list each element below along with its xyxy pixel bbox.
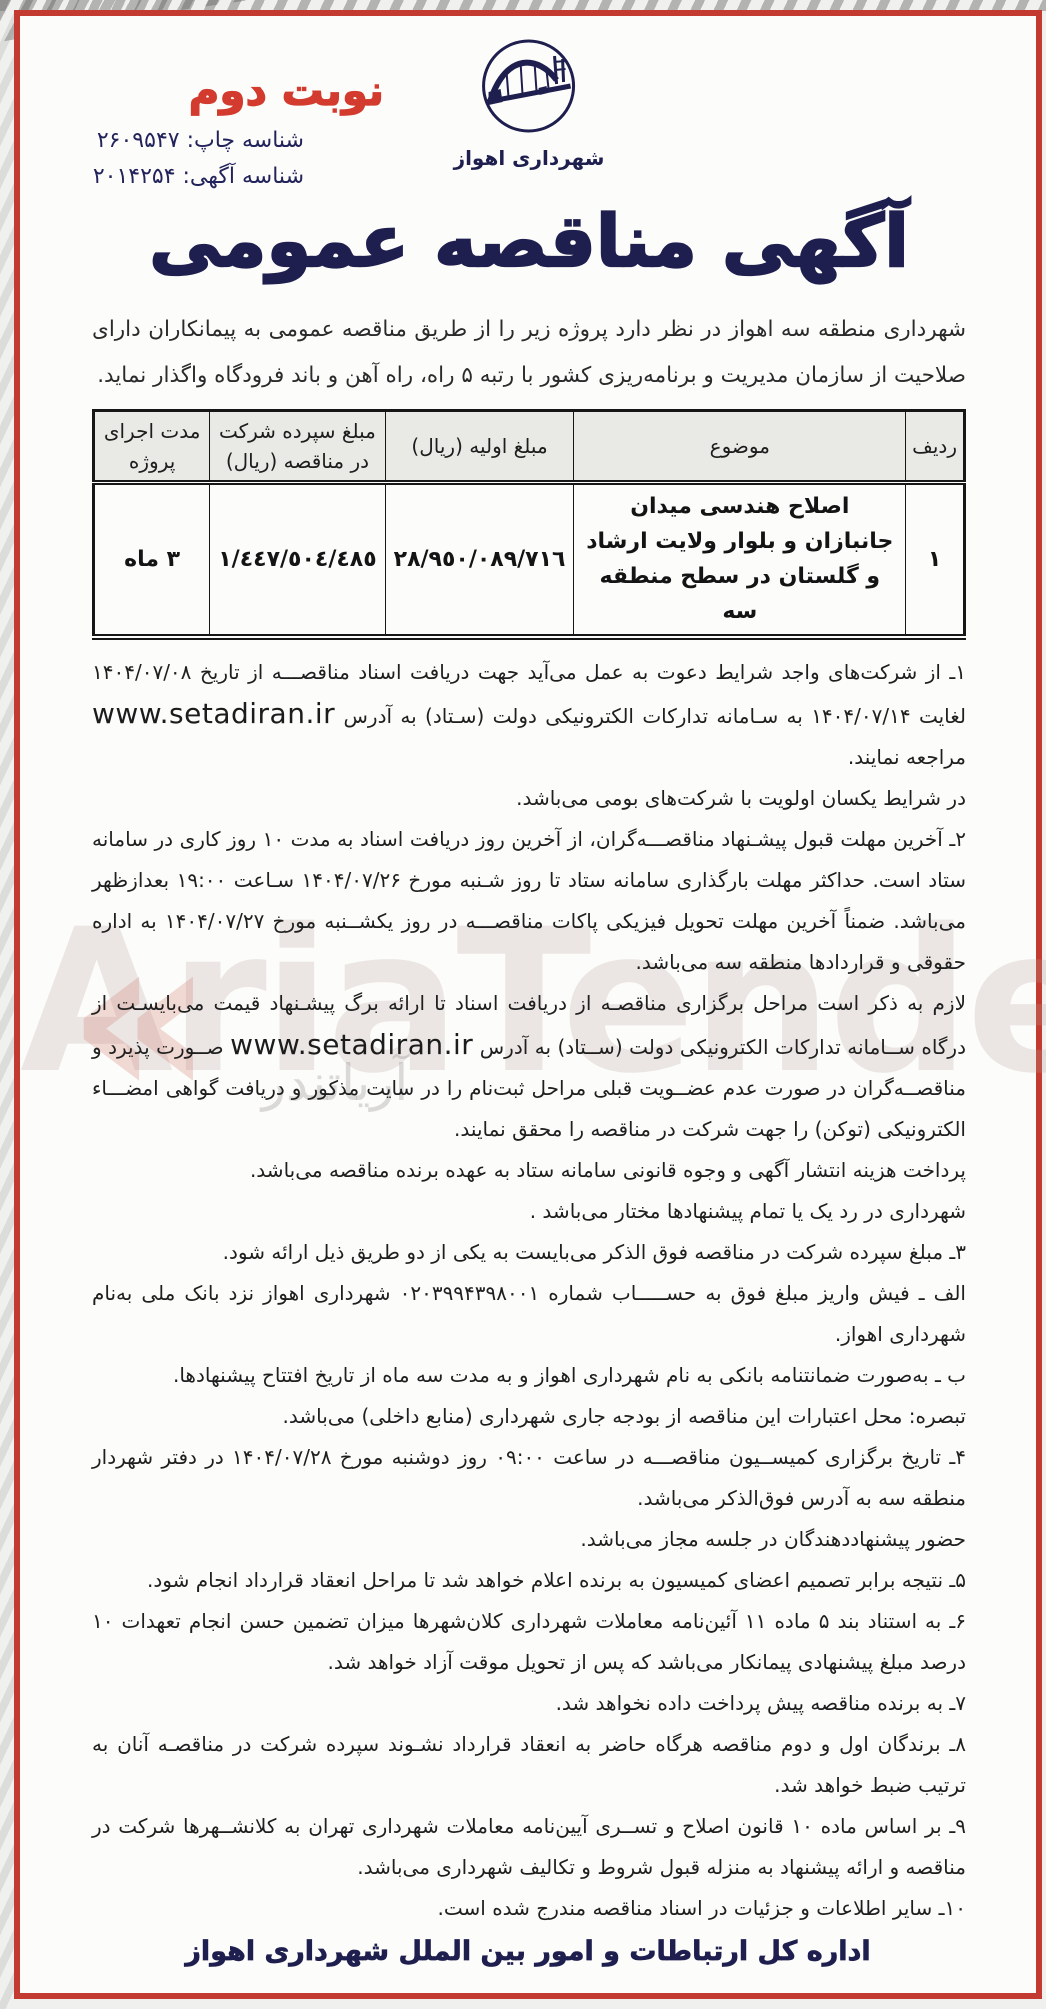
cell-subject: اصلاح هندسی میدان جانبازان و بلوار ولایت…	[574, 482, 906, 636]
paragraph-text: مراجعه نمایند.	[848, 745, 966, 769]
body-paragraph-16: ۸ـ برندگان اول و دوم مناقصه هرگاه حاضر ب…	[92, 1724, 966, 1806]
body-paragraph-9: ب ـ به‌صورت ضمانتنامه بانکی به نام شهردا…	[92, 1355, 966, 1396]
document-content: شهرداری اهواز نوبت دوم شناسه چاپ: ۲۶۰۹۵۴…	[20, 16, 1036, 1929]
footer-signature: اداره کل ارتباطات و امور بین الملل شهردا…	[20, 1936, 1036, 1967]
col-header-duration: مدت اجرای پروژه	[94, 410, 210, 482]
print-id: شناسه چاپ: ۲۶۰۹۵۴۷	[74, 123, 384, 159]
body-paragraph-6: شهرداری در رد یک یا تمام پیشنهادها مختار…	[92, 1191, 966, 1232]
meta-block: نوبت دوم شناسه چاپ: ۲۶۰۹۵۴۷ شناسه آگهی: …	[74, 66, 384, 195]
col-header-radif: ردیف	[906, 410, 965, 482]
table-header-row: ردیف موضوع مبلغ اولیه (ریال) مبلغ سپرده …	[94, 410, 965, 482]
body-paragraph-12: حضور پیشنهاددهندگان در جلسه مجاز می‌باشد…	[92, 1519, 966, 1560]
body-paragraph-18: ۱۰ـ سایر اطلاعات و جزئیات در اسناد مناقص…	[92, 1888, 966, 1929]
table-row: ۱ اصلاح هندسی میدان جانبازان و بلوار ولا…	[94, 482, 965, 636]
org-name: شهرداری اهواز	[454, 146, 605, 170]
col-header-initial-amount: مبلغ اولیه (ریال)	[385, 410, 574, 482]
setadiran-url: www.setadiran.ir	[230, 1028, 473, 1061]
body-paragraph-8: الف ـ فیش واریز مبلغ فوق به حســـــاب شم…	[92, 1273, 966, 1355]
body-paragraph-11: ۴ـ تاریخ برگزاری کمیســیون مناقصـــه در …	[92, 1437, 966, 1519]
tender-table: ردیف موضوع مبلغ اولیه (ریال) مبلغ سپرده …	[92, 409, 966, 640]
body-paragraph-13: ۵ـ نتیجه برابر تصمیم اعضای کمیسیون به بر…	[92, 1560, 966, 1601]
red-frame: AriaTender « آریاتندر شهردا	[14, 10, 1042, 1999]
body-text: ۱ـ از شرکت‌های واجد شرایط دعوت به عمل می…	[92, 652, 966, 1929]
body-paragraph-5: پرداخت هزینه انتشار آگهی و وجوه قانونی س…	[92, 1150, 966, 1191]
body-paragraph-3: ۲ـ آخرین مهلت قبول پیشـنهاد مناقصـــه‌گر…	[92, 819, 966, 983]
col-header-deposit-amount: مبلغ سپرده شرکت در مناقصه (ریال)	[210, 410, 385, 482]
body-paragraph-4: لازم به ذکر است مراحل برگزاری مناقصـه از…	[92, 983, 966, 1150]
municipality-logo-block: شهرداری اهواز	[454, 36, 605, 170]
body-paragraph-1: ۱ـ از شرکت‌های واجد شرایط دعوت به عمل می…	[92, 652, 966, 778]
setadiran-url: www.setadiran.ir	[92, 697, 335, 730]
body-paragraph-14: ۶ـ به استناد بند ۵ ماده ۱۱ آئین‌نامه معا…	[92, 1601, 966, 1683]
col-header-subject: موضوع	[574, 410, 906, 482]
page-title: آگهی مناقصه عمومی	[92, 200, 966, 283]
body-paragraph-17: ۹ـ بر اساس ماده ۱۰ قانون اصلاح و تســری …	[92, 1806, 966, 1888]
cell-duration: ٣ ماه	[94, 482, 210, 636]
page: { "header": { "edition_label": "نوبت دوم…	[0, 0, 1046, 2009]
cell-deposit-amount: ١/٤٤٧/٥٠٤/٤٨٥	[210, 482, 385, 636]
document-header: شهرداری اهواز نوبت دوم شناسه چاپ: ۲۶۰۹۵۴…	[92, 22, 966, 190]
cell-radif: ۱	[906, 482, 965, 636]
edition-label: نوبت دوم	[74, 66, 384, 115]
bridge-logo-icon	[477, 125, 581, 144]
body-paragraph-15: ۷ـ به برنده مناقصه پیش پرداخت داده نخواه…	[92, 1683, 966, 1724]
ad-id: شناسه آگهی: ۲۰۱۴۲۵۴	[74, 159, 384, 195]
cell-initial-amount: ٢٨/٩٥٠/٠٨٩/٧١٦	[385, 482, 574, 636]
intro-paragraph: شهرداری منطقه سه اهواز در نظر دارد پروژه…	[92, 307, 966, 399]
body-paragraph-7: ۳ـ مبلغ سپرده شرکت در مناقصه فوق الذکر م…	[92, 1232, 966, 1273]
scan-texture-left	[0, 0, 14, 2009]
body-paragraph-2: در شرایط یکسان اولویت با شرکت‌های بومی م…	[92, 778, 966, 819]
body-paragraph-10: تبصره: محل اعتبارات این مناقصه از بودجه …	[92, 1396, 966, 1437]
